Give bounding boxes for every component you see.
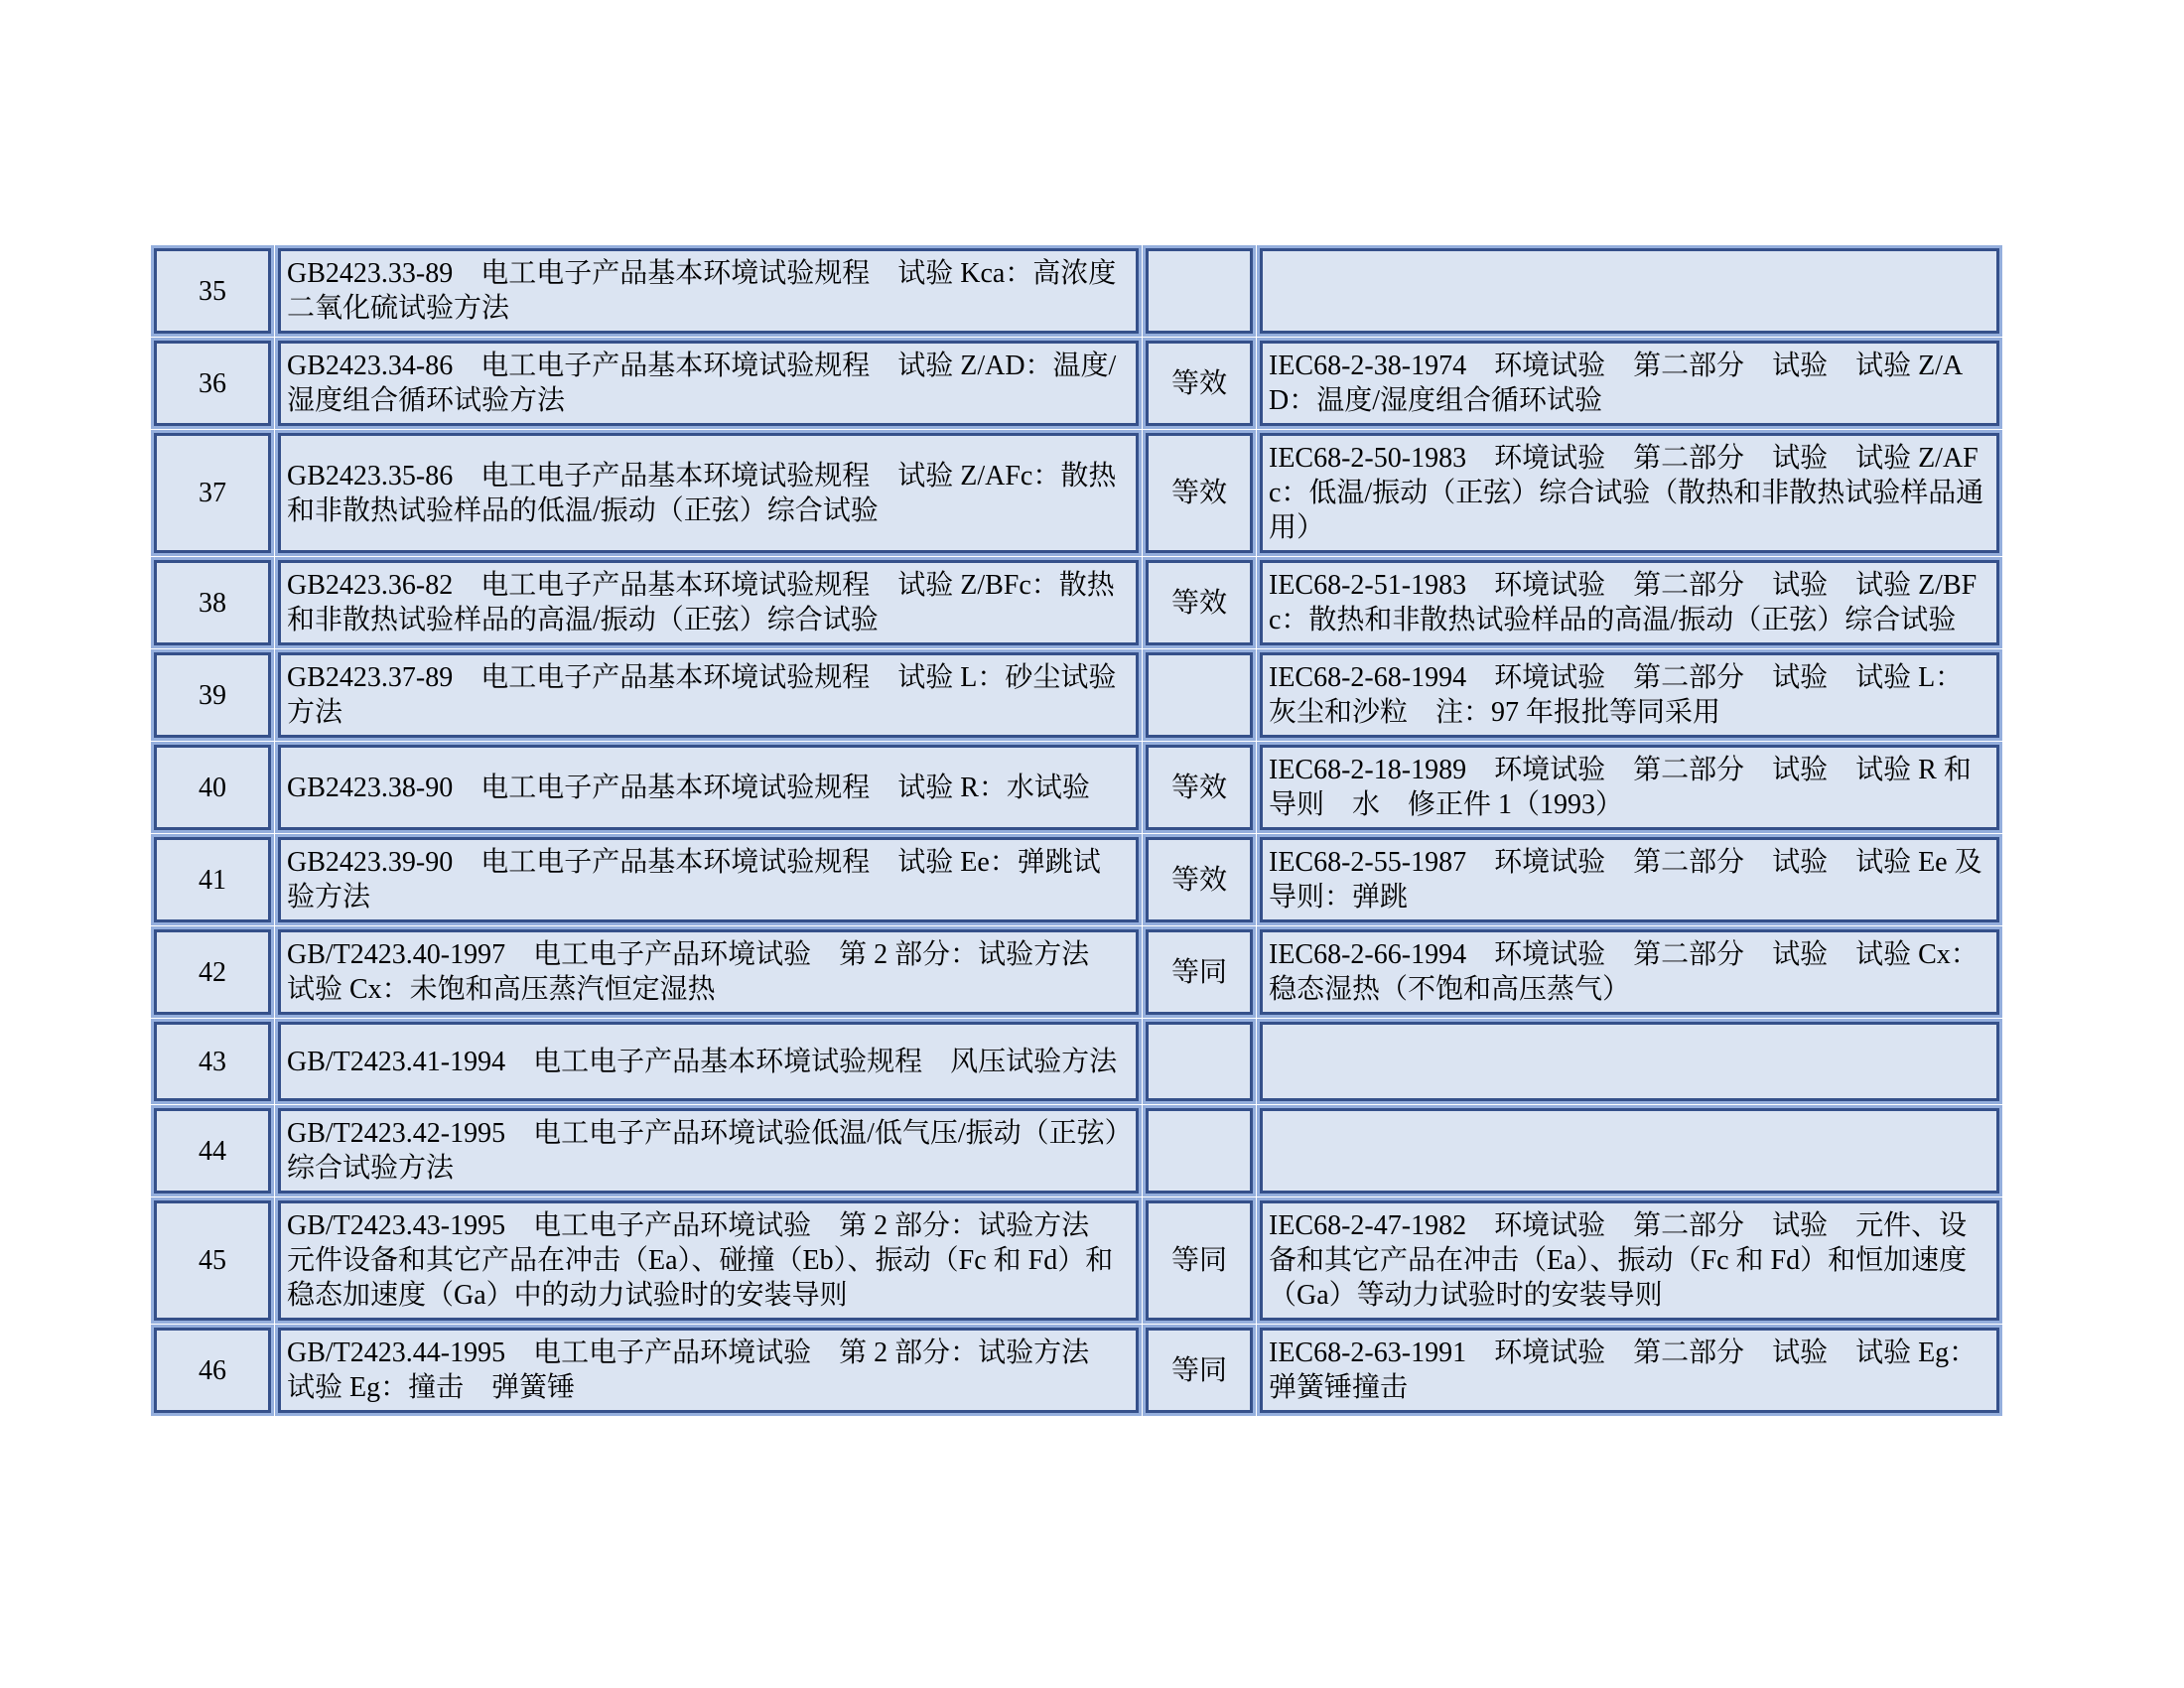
equivalence-cell xyxy=(1146,1022,1253,1101)
table-row: 39 GB2423.37-89 电工电子产品基本环境试验规程 试验 L：砂尘试验… xyxy=(154,652,1999,738)
gb-standard-cell: GB/T2423.40-1997 电工电子产品环境试验 第 2 部分：试验方法 … xyxy=(278,929,1139,1015)
iec-standard-cell: IEC68-2-50-1983 环境试验 第二部分 试验 试验 Z/AFc：低温… xyxy=(1260,433,1999,553)
gb-standard-cell: GB2423.35-86 电工电子产品基本环境试验规程 试验 Z/AFc：散热和… xyxy=(278,433,1139,553)
equivalence-cell: 等效 xyxy=(1146,433,1253,553)
iec-standard-cell xyxy=(1260,248,1999,334)
equivalence-cell xyxy=(1146,652,1253,738)
row-number-cell: 35 xyxy=(154,248,271,334)
iec-standard-cell: IEC68-2-51-1983 环境试验 第二部分 试验 试验 Z/BFc：散热… xyxy=(1260,560,1999,645)
equivalence-cell: 等同 xyxy=(1146,1328,1253,1413)
gb-standard-cell: GB/T2423.42-1995 电工电子产品环境试验低温/低气压/振动（正弦）… xyxy=(278,1108,1139,1194)
standards-table-body: 35 GB2423.33-89 电工电子产品基本环境试验规程 试验 Kca：高浓… xyxy=(154,248,1999,1413)
gb-standard-cell: GB2423.34-86 电工电子产品基本环境试验规程 试验 Z/AD：温度/湿… xyxy=(278,341,1139,426)
iec-standard-cell xyxy=(1260,1108,1999,1194)
equivalence-cell: 等同 xyxy=(1146,1200,1253,1321)
equivalence-cell: 等同 xyxy=(1146,929,1253,1015)
iec-standard-cell: IEC68-2-38-1974 环境试验 第二部分 试验 试验 Z/AD：温度/… xyxy=(1260,341,1999,426)
table-row: 35 GB2423.33-89 电工电子产品基本环境试验规程 试验 Kca：高浓… xyxy=(154,248,1999,334)
standards-table: 35 GB2423.33-89 电工电子产品基本环境试验规程 试验 Kca：高浓… xyxy=(147,241,2006,1420)
table-row: 45 GB/T2423.43-1995 电工电子产品环境试验 第 2 部分：试验… xyxy=(154,1200,1999,1321)
gb-standard-cell: GB2423.39-90 电工电子产品基本环境试验规程 试验 Ee：弹跳试验方法 xyxy=(278,837,1139,922)
iec-standard-cell: IEC68-2-55-1987 环境试验 第二部分 试验 试验 Ee 及导则：弹… xyxy=(1260,837,1999,922)
gb-standard-cell: GB/T2423.41-1994 电工电子产品基本环境试验规程 风压试验方法 xyxy=(278,1022,1139,1101)
iec-standard-cell: IEC68-2-47-1982 环境试验 第二部分 试验 元件、设备和其它产品在… xyxy=(1260,1200,1999,1321)
table-row: 44 GB/T2423.42-1995 电工电子产品环境试验低温/低气压/振动（… xyxy=(154,1108,1999,1194)
table-row: 43 GB/T2423.41-1994 电工电子产品基本环境试验规程 风压试验方… xyxy=(154,1022,1999,1101)
row-number-cell: 42 xyxy=(154,929,271,1015)
table-row: 36 GB2423.34-86 电工电子产品基本环境试验规程 试验 Z/AD：温… xyxy=(154,341,1999,426)
table-row: 41 GB2423.39-90 电工电子产品基本环境试验规程 试验 Ee：弹跳试… xyxy=(154,837,1999,922)
gb-standard-cell: GB2423.36-82 电工电子产品基本环境试验规程 试验 Z/BFc：散热和… xyxy=(278,560,1139,645)
document-page: 35 GB2423.33-89 电工电子产品基本环境试验规程 试验 Kca：高浓… xyxy=(0,0,2184,1688)
row-number-cell: 36 xyxy=(154,341,271,426)
iec-standard-cell: IEC68-2-68-1994 环境试验 第二部分 试验 试验 L：灰尘和沙粒 … xyxy=(1260,652,1999,738)
iec-standard-cell xyxy=(1260,1022,1999,1101)
equivalence-cell xyxy=(1146,248,1253,334)
row-number-cell: 43 xyxy=(154,1022,271,1101)
row-number-cell: 45 xyxy=(154,1200,271,1321)
iec-standard-cell: IEC68-2-66-1994 环境试验 第二部分 试验 试验 Cx：稳态湿热（… xyxy=(1260,929,1999,1015)
equivalence-cell xyxy=(1146,1108,1253,1194)
table-row: 46 GB/T2423.44-1995 电工电子产品环境试验 第 2 部分：试验… xyxy=(154,1328,1999,1413)
equivalence-cell: 等效 xyxy=(1146,341,1253,426)
row-number-cell: 40 xyxy=(154,745,271,830)
row-number-cell: 39 xyxy=(154,652,271,738)
gb-standard-cell: GB/T2423.44-1995 电工电子产品环境试验 第 2 部分：试验方法 … xyxy=(278,1328,1139,1413)
row-number-cell: 38 xyxy=(154,560,271,645)
gb-standard-cell: GB2423.33-89 电工电子产品基本环境试验规程 试验 Kca：高浓度二氧… xyxy=(278,248,1139,334)
gb-standard-cell: GB/T2423.43-1995 电工电子产品环境试验 第 2 部分：试验方法 … xyxy=(278,1200,1139,1321)
equivalence-cell: 等效 xyxy=(1146,837,1253,922)
table-row: 40 GB2423.38-90 电工电子产品基本环境试验规程 试验 R：水试验 … xyxy=(154,745,1999,830)
gb-standard-cell: GB2423.38-90 电工电子产品基本环境试验规程 试验 R：水试验 xyxy=(278,745,1139,830)
row-number-cell: 44 xyxy=(154,1108,271,1194)
row-number-cell: 41 xyxy=(154,837,271,922)
row-number-cell: 46 xyxy=(154,1328,271,1413)
iec-standard-cell: IEC68-2-18-1989 环境试验 第二部分 试验 试验 R 和导则 水 … xyxy=(1260,745,1999,830)
table-row: 38 GB2423.36-82 电工电子产品基本环境试验规程 试验 Z/BFc：… xyxy=(154,560,1999,645)
gb-standard-cell: GB2423.37-89 电工电子产品基本环境试验规程 试验 L：砂尘试验方法 xyxy=(278,652,1139,738)
equivalence-cell: 等效 xyxy=(1146,560,1253,645)
table-row: 42 GB/T2423.40-1997 电工电子产品环境试验 第 2 部分：试验… xyxy=(154,929,1999,1015)
iec-standard-cell: IEC68-2-63-1991 环境试验 第二部分 试验 试验 Eg：弹簧锤撞击 xyxy=(1260,1328,1999,1413)
row-number-cell: 37 xyxy=(154,433,271,553)
equivalence-cell: 等效 xyxy=(1146,745,1253,830)
table-row: 37 GB2423.35-86 电工电子产品基本环境试验规程 试验 Z/AFc：… xyxy=(154,433,1999,553)
